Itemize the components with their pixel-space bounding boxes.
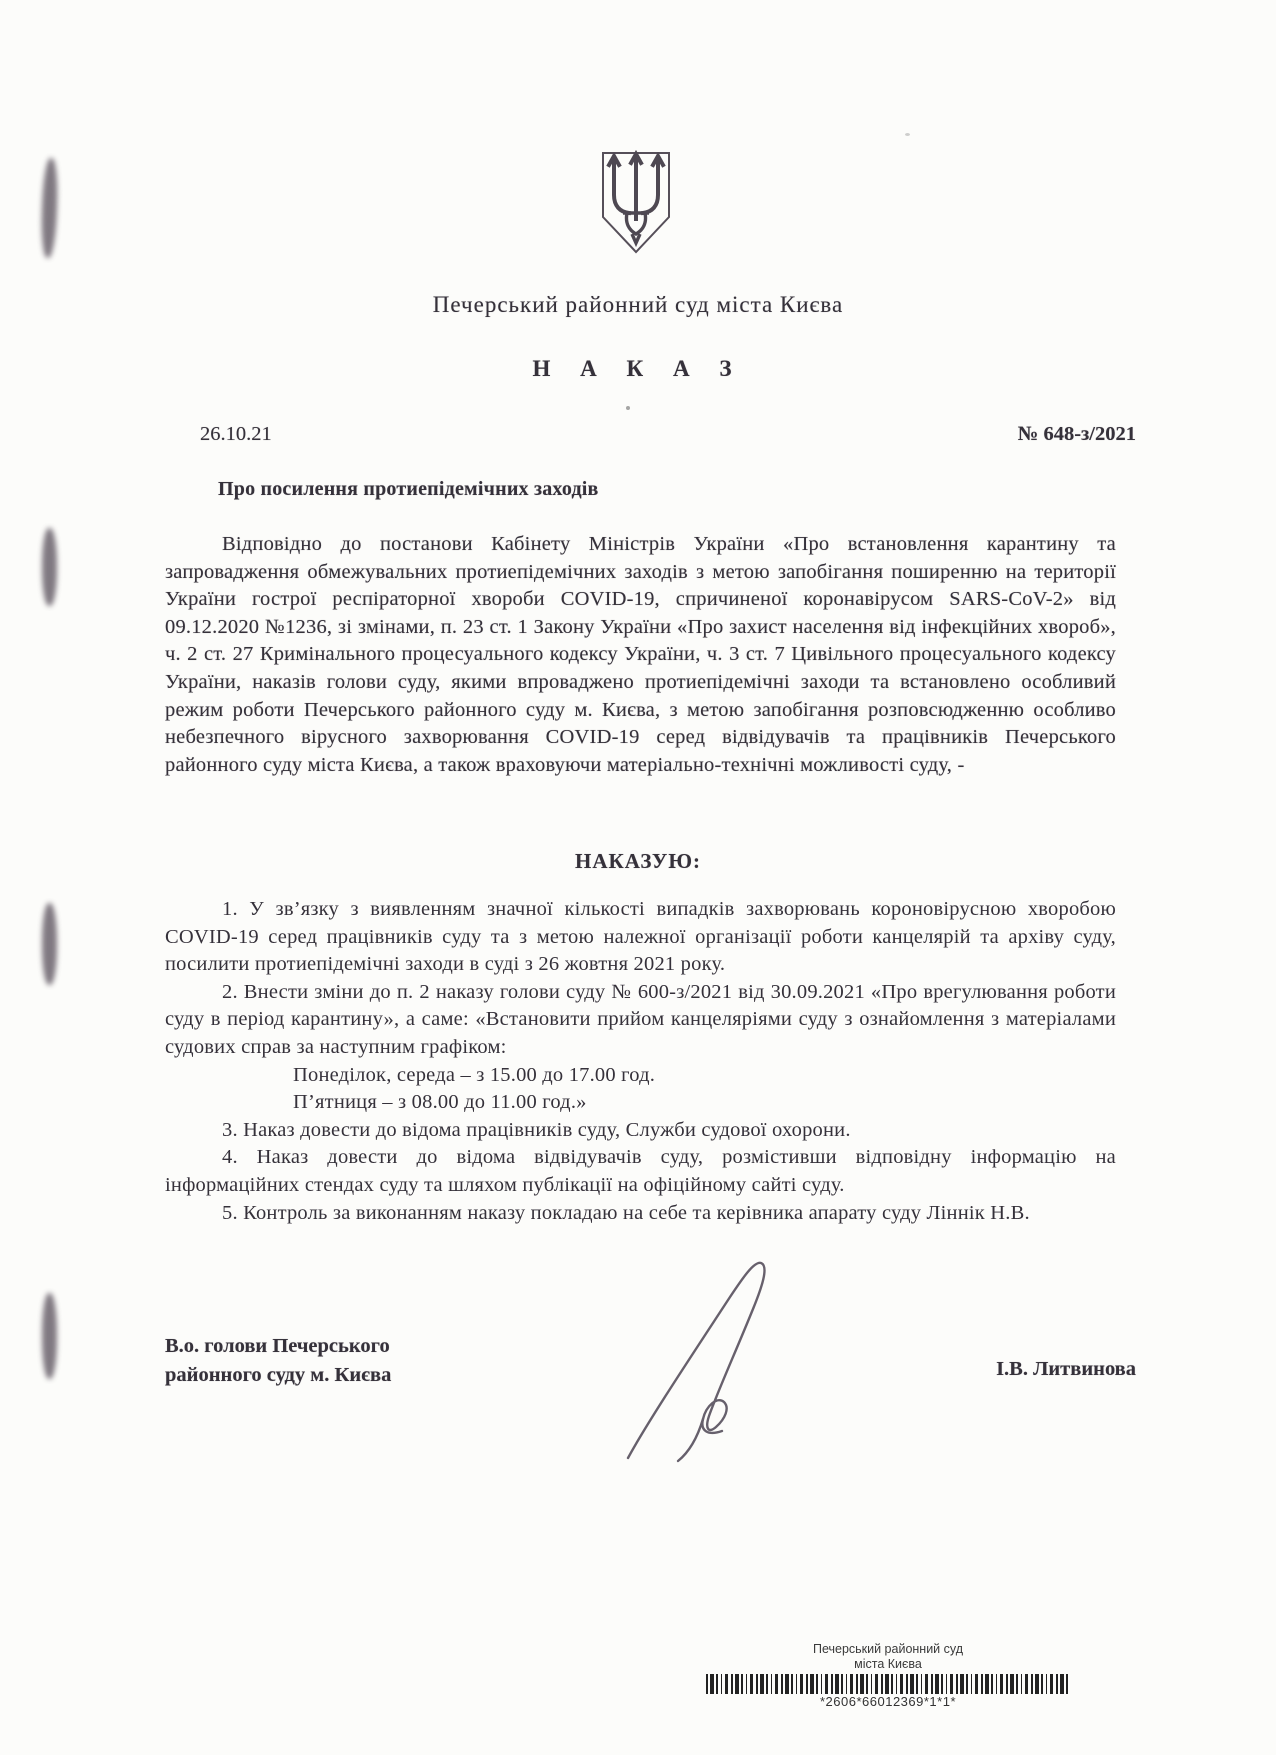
scan-speck (626, 406, 630, 410)
signoff-role: В.о. голови Печерського районного суду м… (165, 1332, 391, 1389)
order-number: № 648-з/2021 (1018, 423, 1136, 446)
schedule-line-1: Понеділок, середа – з 15.00 до 17.00 год… (293, 1062, 1116, 1090)
order-item-5: 5. Контроль за виконанням наказу поклада… (165, 1200, 1116, 1228)
schedule-line-2: П’ятниця – з 08.00 до 11.00 год.» (293, 1089, 1116, 1117)
scan-speck (905, 133, 910, 136)
stamp-court-line2: міста Києва (702, 1657, 1074, 1672)
order-item-4: 4. Наказ довести до відома відвідувачів … (165, 1144, 1116, 1199)
order-items: 1. У зв’язку з виявленням значної кілько… (165, 896, 1116, 1227)
court-name: Печерський районний суд міста Києва (0, 292, 1276, 318)
order-item-2: 2. Внести зміни до п. 2 наказу голови су… (165, 979, 1116, 1062)
stamp-court-line1: Печерський районний суд (702, 1642, 1074, 1657)
order-item-1: 1. У зв’язку з виявленням значної кілько… (165, 896, 1116, 979)
barcode-text: *2606*66012369*1*1* (702, 1694, 1074, 1709)
signature-scribble (600, 1253, 820, 1468)
order-date: 26.10.21 (200, 423, 272, 446)
registration-stamp: Печерський районний суд міста Києва *260… (702, 1642, 1074, 1709)
document-title: Н А К А З (0, 356, 1276, 382)
scan-artifact (40, 158, 58, 258)
signoff-role-line2: районного суду м. Києва (165, 1361, 391, 1390)
signoff-name: І.В. Литвинова (996, 1358, 1136, 1381)
order-subject: Про посилення протиепідемічних заходів (218, 478, 599, 501)
resolution-heading: НАКАЗУЮ: (0, 849, 1276, 874)
preamble-paragraph: Відповідно до постанови Кабінету Міністр… (165, 531, 1116, 779)
scan-artifact (42, 1293, 57, 1379)
scanned-order-document: Печерський районний суд міста Києва Н А … (0, 0, 1276, 1755)
ukraine-trident-emblem (597, 149, 675, 257)
order-item-3: 3. Наказ довести до відома працівників с… (165, 1117, 1116, 1145)
scan-artifact (42, 528, 57, 606)
scan-artifact (42, 903, 57, 985)
signoff-role-line1: В.о. голови Печерського (165, 1332, 391, 1361)
barcode (706, 1674, 1070, 1694)
